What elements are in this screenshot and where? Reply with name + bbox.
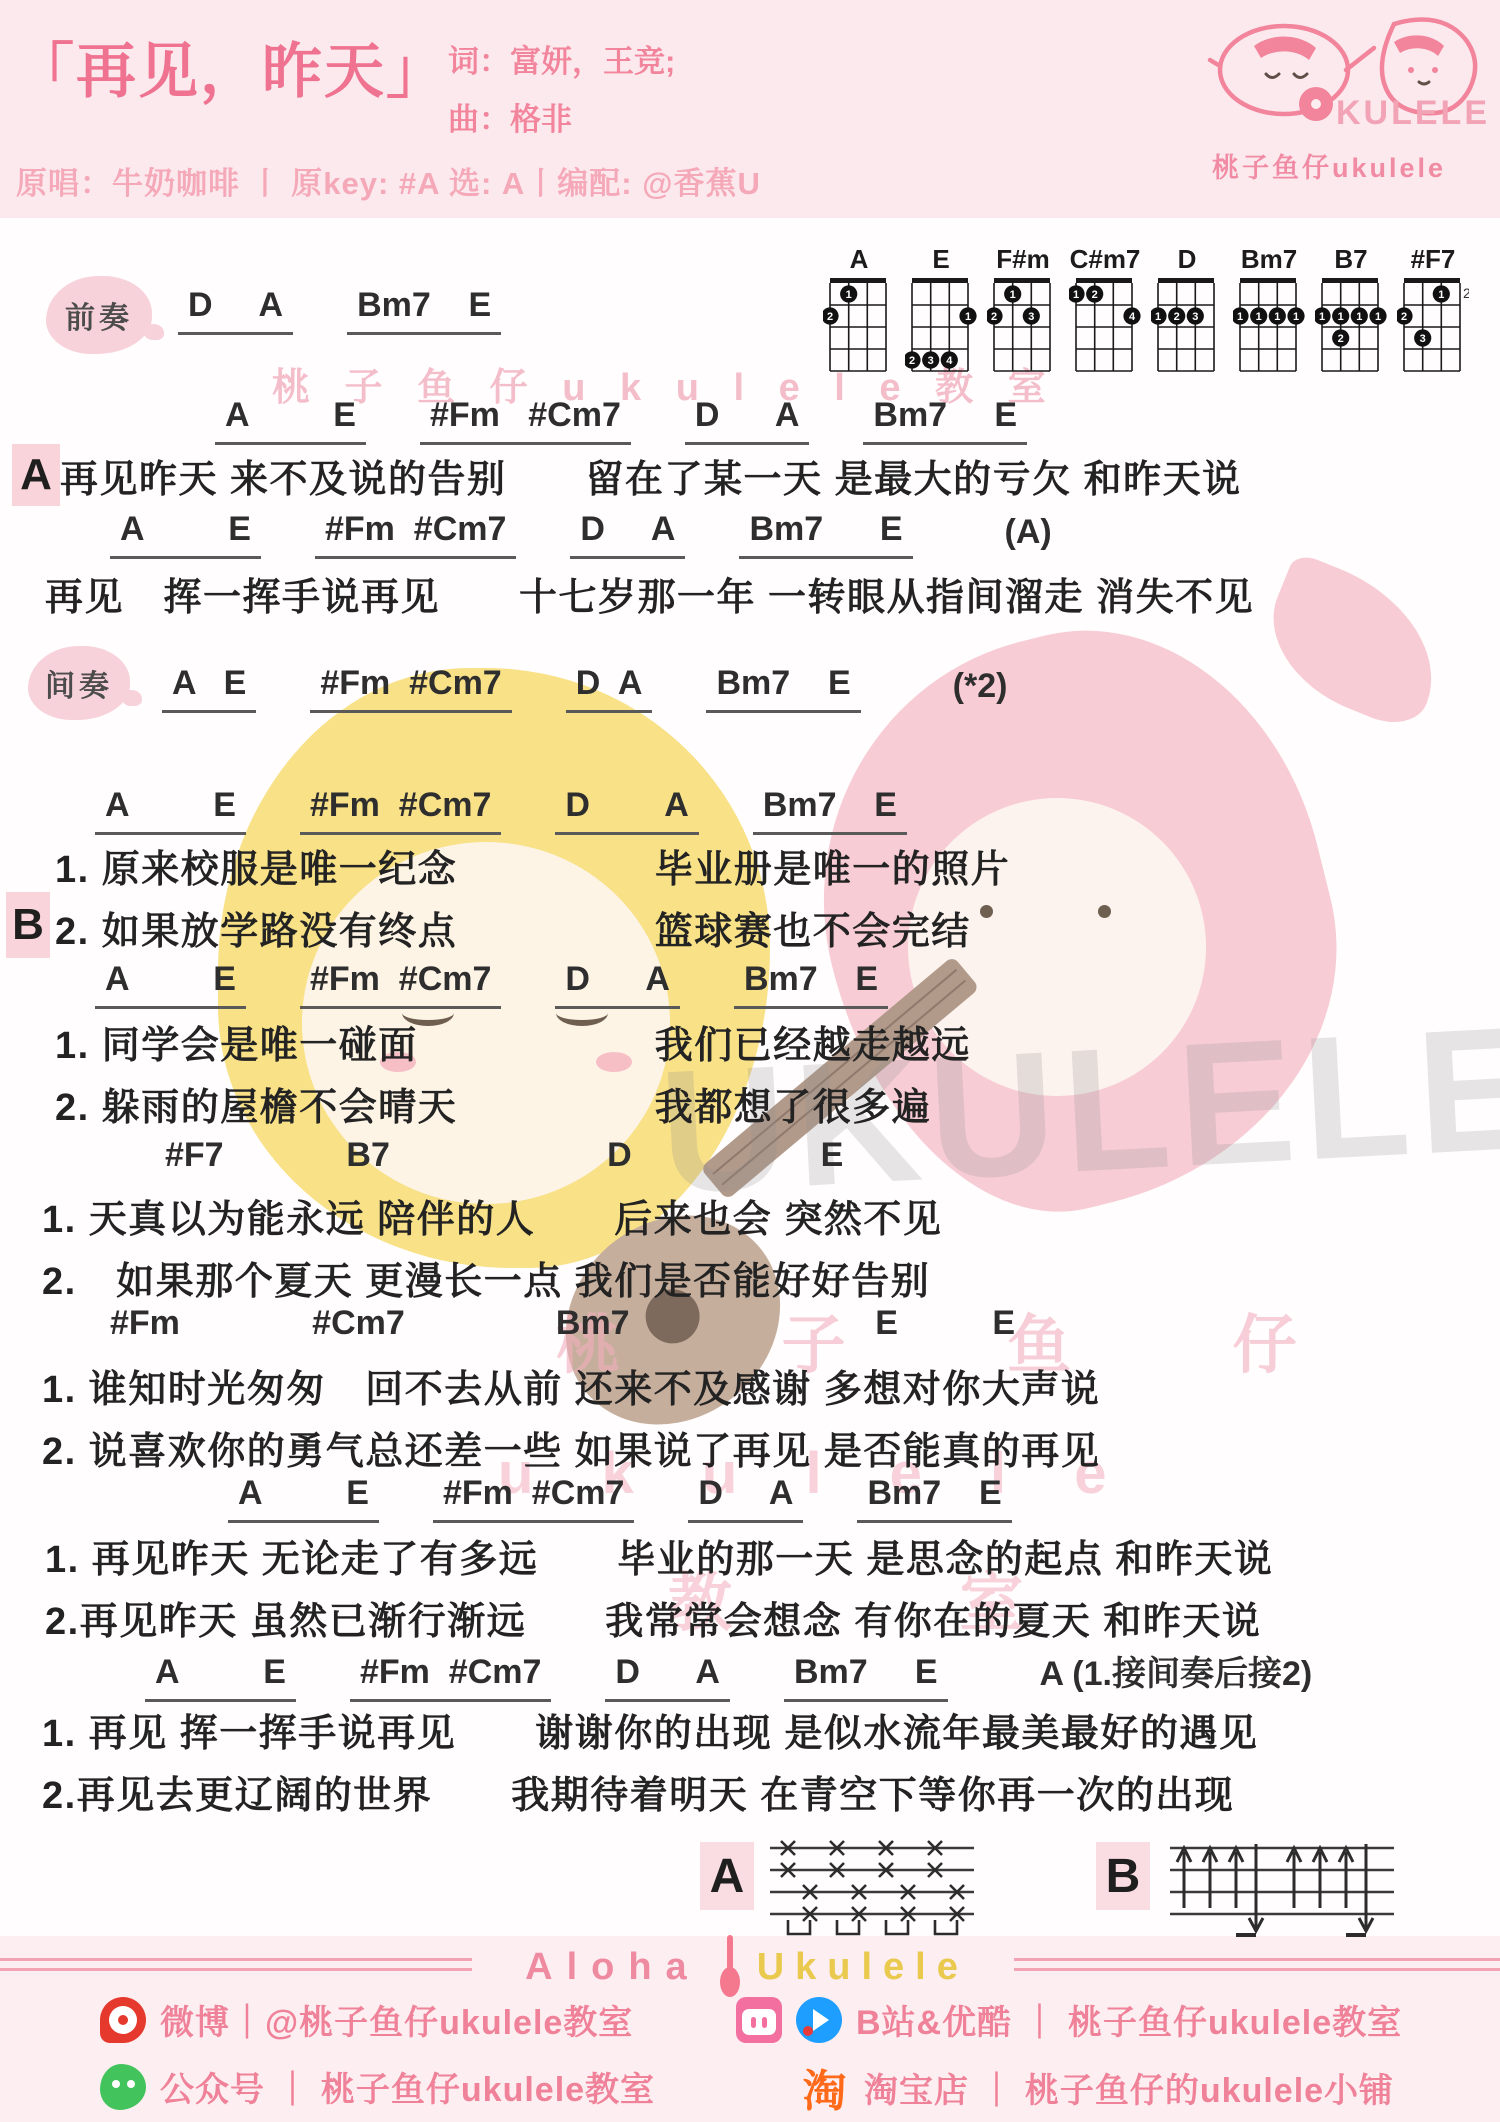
intro-badge: 前奏 [46,276,152,354]
chord-line: #Fm #Cm7 Bm7 E E [110,1304,1015,1350]
chord-line: A E#Fm #Cm7D ABm7 E [228,1474,1066,1523]
chord-group: Bm7 E [863,396,1027,445]
lyric-line: 2. 说喜欢你的勇气总还差一些 如果说了再见 是否能真的再见 [42,1420,1100,1475]
lyric-line: 2. 躲雨的屋檐不会晴天 我都想了很多遍 [55,1076,931,1131]
chord-sheet-page: 桃 子 鱼 仔 u k u l e l e 教 室 UKULELE 桃 子 鱼 … [0,0,1500,2122]
page-title: 「再见，昨天」 [14,24,448,110]
lyric-line: 再见 挥一挥手说再见 十七岁那一年 一转眼从指间溜走 消失不见 [45,566,1254,621]
svg-text:1: 1 [1256,311,1262,323]
svg-text:2: 2 [909,355,915,367]
ukulele-text: Ukulele [757,1946,969,1989]
svg-text:2: 2 [1463,285,1469,301]
svg-text:1: 1 [1237,311,1243,323]
lyric-line: 1. 天真以为能永远 陪伴的人 后来也会 突然不见 [42,1188,942,1243]
svg-text:1: 1 [846,289,852,301]
chord-group: Bm7 E [706,664,860,713]
chord-group: A E [95,786,246,835]
chord-line: A E#Fm #Cm7D ABm7 E [95,960,942,1009]
taobao-icon: 淘 [800,2062,850,2112]
chord-group: #Fm #Cm7 [300,960,501,1009]
fish-eye-left-icon [980,905,993,918]
divider-left [0,1958,472,1971]
svg-text:2: 2 [991,311,997,323]
chord-name: F#m [986,244,1060,276]
chord-diagram-B7: B711112 [1314,244,1388,381]
chord-diagram-E: E1234 [904,244,978,381]
chord-group: #Fm #Cm7 [310,664,511,713]
fish-eye-right-icon [1098,905,1111,918]
chord-name: B7 [1314,244,1388,276]
chord-group: A E [228,1474,379,1523]
chord-name: D [1150,244,1224,276]
chord-group: #Fm #Cm7 [350,1653,551,1702]
svg-text:1: 1 [1375,311,1381,323]
chord-line: A E#Fm #Cm7D ABm7 E(A) [110,510,1052,559]
svg-text:4: 4 [946,355,953,367]
svg-text:1: 1 [1319,311,1325,323]
song-meta: 原唱：牛奶咖啡 丨 原key: #A 选: A丨编配: @香蕉U [16,158,761,203]
lyric-line: 2.再见昨天 虽然已渐行渐远 我常常会想念 有你在的夏天 和昨天说 [45,1590,1261,1645]
lyric-line: 2. 如果那个夏天 更漫长一点 我们是否能好好告别 [42,1250,930,1305]
svg-text:1: 1 [1338,311,1344,323]
aloha-ukulele-divider: Aloha Ukulele [480,1936,1014,1998]
svg-text:1: 1 [965,311,971,323]
strum-pattern-a-badge: A [700,1842,754,1910]
lyric-line: 1. 谁知时光匆匆 回不去从前 还来不及感谢 多想对你大声说 [42,1358,1100,1413]
section-b-badge: B [6,892,50,958]
chord-group: D A [555,786,698,835]
chord-name: C#m7 [1068,244,1142,276]
chord-group: Bm7 E [734,960,888,1009]
lyric-line: 再见昨天 来不及说的告别 留在了某一天 是最大的亏欠 和昨天说 [60,448,1242,503]
chord-group: #Fm #Cm7 [433,1474,634,1523]
social-text: 公众号 ｜ 桃子鱼仔ukulele教室 [160,2062,655,2111]
chord-group: D A [178,286,293,335]
svg-text:1: 1 [1073,289,1079,301]
svg-text:3: 3 [1420,333,1426,345]
chord-group: #Fm #Cm7 [420,396,631,445]
background-fish-tail [1249,551,1461,735]
chord-suffix: (A) [1005,513,1052,559]
section-a-badge: A [12,444,60,506]
chord-name: A [822,244,896,276]
chord-group: A E [110,510,261,559]
svg-text:1: 1 [1010,289,1016,301]
ukulele-icon [719,1935,739,1999]
lyric-line: 2.再见去更辽阔的世界 我期待着明天 在青空下等你再一次的出现 [42,1764,1234,1819]
chord-group: A E [162,664,256,713]
chord-line: #F7 B7 D E [165,1136,843,1182]
interlude-badge: 间奏 [28,646,130,720]
chord-name: Bm7 [1232,244,1306,276]
svg-text:2: 2 [1401,311,1407,323]
chord-group: D A [555,960,680,1009]
credit-lyricist: 词：富妍，王竞; [448,36,675,81]
social-text: B站&优酷 ｜ 桃子鱼仔ukulele教室 [856,1995,1402,2044]
svg-text:2: 2 [1174,311,1180,323]
chord-group: A E [95,960,246,1009]
lyric-line: 1. 再见昨天 无论走了有多远 毕业的那一天 是思念的起点 和昨天说 [45,1528,1273,1583]
brand-logo-caption: 桃子鱼仔ukulele [1212,146,1446,185]
chord-diagram-A: A12 [822,244,896,381]
chord-group: Bm7 E [347,286,501,335]
svg-text:1: 1 [1293,311,1299,323]
social-item[interactable]: B站&优酷 ｜ 桃子鱼仔ukulele教室 [736,1995,1402,2044]
chord-diagram-F#m: F#m123 [986,244,1060,381]
chord-diagram-#F7: #F71232 [1396,244,1470,381]
bili-icon [736,1997,782,2043]
chord-group: #Fm #Cm7 [300,786,501,835]
svg-text:3: 3 [1192,311,1198,323]
chord-name: E [904,244,978,276]
svg-text:2: 2 [1092,289,1098,301]
brand-logo-icon: KULELE [1198,8,1488,148]
chord-line: A E#Fm #Cm7D ABm7 E [215,396,1081,445]
wechat-icon [100,2064,146,2110]
chord-group: Bm7 E [857,1474,1011,1523]
chord-group: #Fm #Cm7 [315,510,516,559]
strum-pattern-a-icon [768,1834,978,1942]
chord-diagram-Bm7: Bm71111 [1232,244,1306,381]
svg-text:3: 3 [928,355,934,367]
svg-text:1: 1 [1438,289,1444,301]
chord-group: Bm7 E [784,1653,948,1702]
svg-text:KULELE: KULELE [1336,94,1488,132]
chord-group: #Fm #Cm7 Bm7 E E [110,1304,1015,1350]
aloha-text: Aloha [525,1946,701,1989]
divider-right [1014,1958,1500,1971]
svg-text:2: 2 [1338,333,1344,345]
svg-text:2: 2 [827,311,833,323]
svg-text:1: 1 [1356,311,1362,323]
svg-text:3: 3 [1028,311,1034,323]
chord-diagram-C#m7: C#m7124 [1068,244,1142,381]
chord-group: A E [215,396,366,445]
chord-group: A E [145,1653,296,1702]
chord-group: D A [566,664,653,713]
social-text: 微博｜@桃子鱼仔ukulele教室 [160,1995,633,2044]
chord-name: #F7 [1396,244,1470,276]
svg-text:1: 1 [1274,311,1280,323]
chord-group: D A [685,396,810,445]
svg-text:1: 1 [1155,311,1161,323]
lyric-line: 2. 如果放学路没有终点 篮球赛也不会完结 [55,900,971,955]
chord-group: Bm7 E [739,510,912,559]
lyric-line: 1. 同学会是唯一碰面 我们已经越走越远 [55,1014,971,1069]
chord-diagram-row: A12E1234F#m123C#m7124D123Bm71111B711112#… [822,244,1470,381]
chord-group: D A [605,1653,730,1702]
credit-composer: 曲：格非 [448,94,572,139]
strum-pattern-b-icon [1168,1834,1398,1942]
social-text: 淘宝店 ｜ 桃子鱼仔的ukulele小铺 [864,2063,1394,2112]
lyric-line: 1. 原来校服是唯一纪念 毕业册是唯一的照片 [55,838,1010,893]
chord-group: D A [688,1474,803,1523]
chord-suffix: A (1.接间奏后接2) [1040,1646,1313,1702]
chord-suffix: (*2) [953,667,1008,713]
chord-group: Bm7 E [753,786,907,835]
chord-line: A E#Fm #Cm7D ABm7 EA (1.接间奏后接2) [145,1646,1312,1702]
svg-text:4: 4 [1129,311,1136,323]
chord-line: A E#Fm #Cm7D ABm7 E(*2) [162,664,1007,713]
social-item[interactable]: 公众号 ｜ 桃子鱼仔ukulele教室 [100,2062,655,2111]
social-item[interactable]: 淘淘宝店 ｜ 桃子鱼仔的ukulele小铺 [800,2062,1394,2112]
weibo-icon [100,1997,146,2043]
chord-line: D ABm7 E [178,286,555,335]
chord-diagram-D: D123 [1150,244,1224,381]
youku-icon [796,1997,842,2043]
lyric-line: 1. 再见 挥一挥手说再见 谢谢你的出现 是似水流年最美最好的遇见 [42,1702,1258,1757]
strum-pattern-b-badge: B [1096,1842,1150,1910]
chord-group: D A [570,510,685,559]
chord-group: #F7 B7 D E [165,1136,843,1182]
chord-line: A E#Fm #Cm7D ABm7 E [95,786,961,835]
social-item[interactable]: 微博｜@桃子鱼仔ukulele教室 [100,1995,633,2044]
